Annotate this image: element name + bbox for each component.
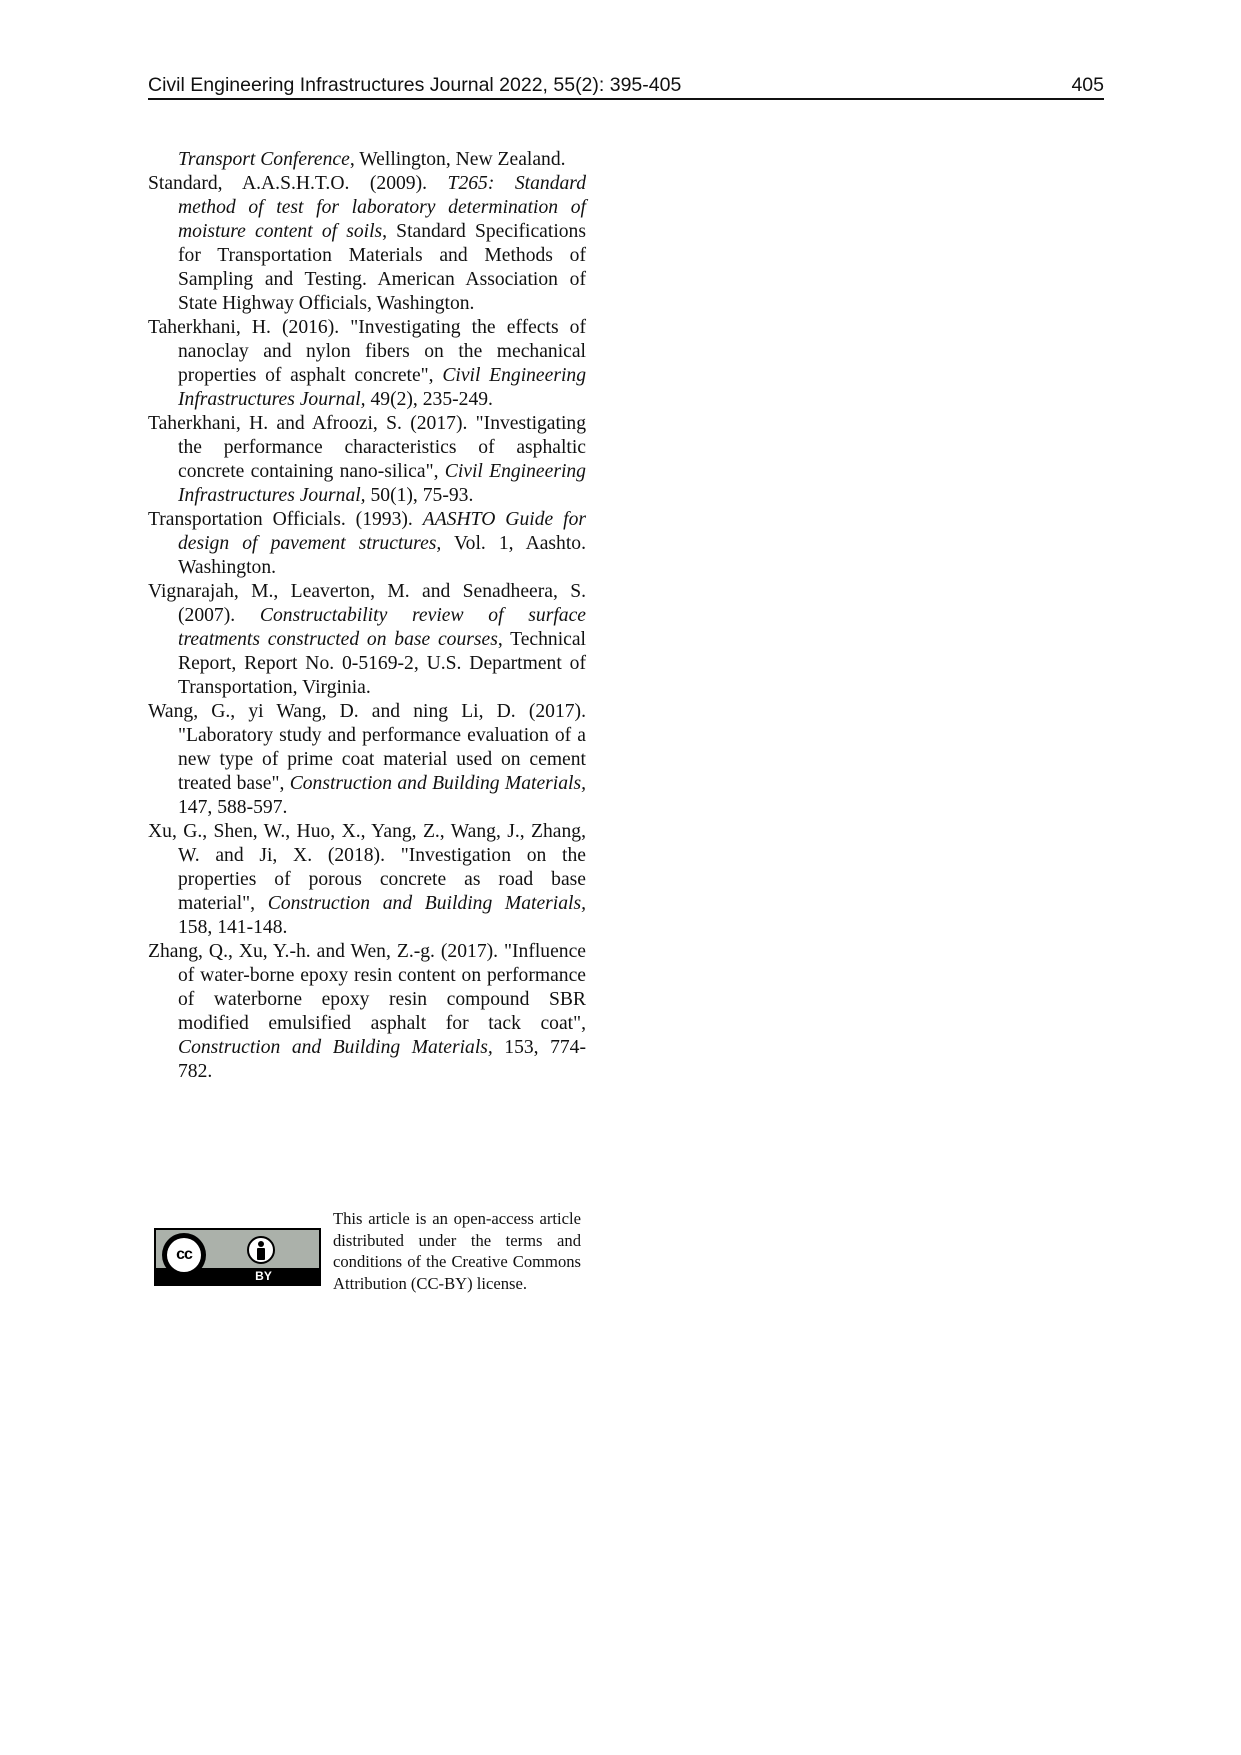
reference-title: Construction and Building Materials,	[290, 773, 586, 794]
license-block: cc BY This article is an open-access art…	[154, 1208, 586, 1294]
running-header: Civil Engineering Infrastructures Journa…	[148, 74, 1104, 100]
reference-list: Transport Conference, Wellington, New Ze…	[148, 148, 586, 1084]
license-text: This article is an open-access article d…	[333, 1208, 581, 1294]
journal-citation: Civil Engineering Infrastructures Journa…	[148, 74, 681, 96]
reference-text: 147, 588-597.	[178, 797, 287, 818]
reference-text: 50(1), 75-93.	[366, 485, 474, 506]
creative-commons-by-icon: cc BY	[154, 1228, 321, 1286]
reference-entry: Xu, G., Shen, W., Huo, X., Yang, Z., Wan…	[148, 820, 586, 940]
reference-entry: Standard, A.A.S.H.T.O. (2009). T265: Sta…	[148, 172, 586, 316]
reference-title: Transport Conference	[178, 149, 350, 170]
reference-text: Transportation Officials. (1993).	[148, 509, 423, 530]
reference-entry: Taherkhani, H. and Afroozi, S. (2017). "…	[148, 412, 586, 508]
reference-entry: Vignarajah, M., Leaverton, M. and Senadh…	[148, 580, 586, 700]
reference-text: Standard, A.A.S.H.T.O. (2009).	[148, 173, 448, 194]
reference-entry: Wang, G., yi Wang, D. and ning Li, D. (2…	[148, 700, 586, 820]
reference-entry: Transportation Officials. (1993). AASHTO…	[148, 508, 586, 580]
reference-text: 49(2), 235-249.	[366, 389, 493, 410]
reference-entry: Zhang, Q., Xu, Y.-h. and Wen, Z.-g. (201…	[148, 940, 586, 1084]
reference-text: , Wellington, New Zealand.	[350, 149, 566, 170]
attribution-person-icon	[247, 1236, 275, 1264]
by-label: BY	[154, 1268, 321, 1284]
reference-title: Construction and Building Materials,	[178, 1037, 493, 1058]
reference-entry: Transport Conference, Wellington, New Ze…	[148, 148, 586, 172]
reference-entry: Taherkhani, H. (2016). "Investigating th…	[148, 316, 586, 412]
reference-text: 158, 141-148.	[178, 917, 287, 938]
reference-title: Construction and Building Materials,	[268, 893, 586, 914]
page-number: 405	[1071, 74, 1104, 96]
reference-text: Zhang, Q., Xu, Y.-h. and Wen, Z.-g. (201…	[148, 941, 586, 1034]
